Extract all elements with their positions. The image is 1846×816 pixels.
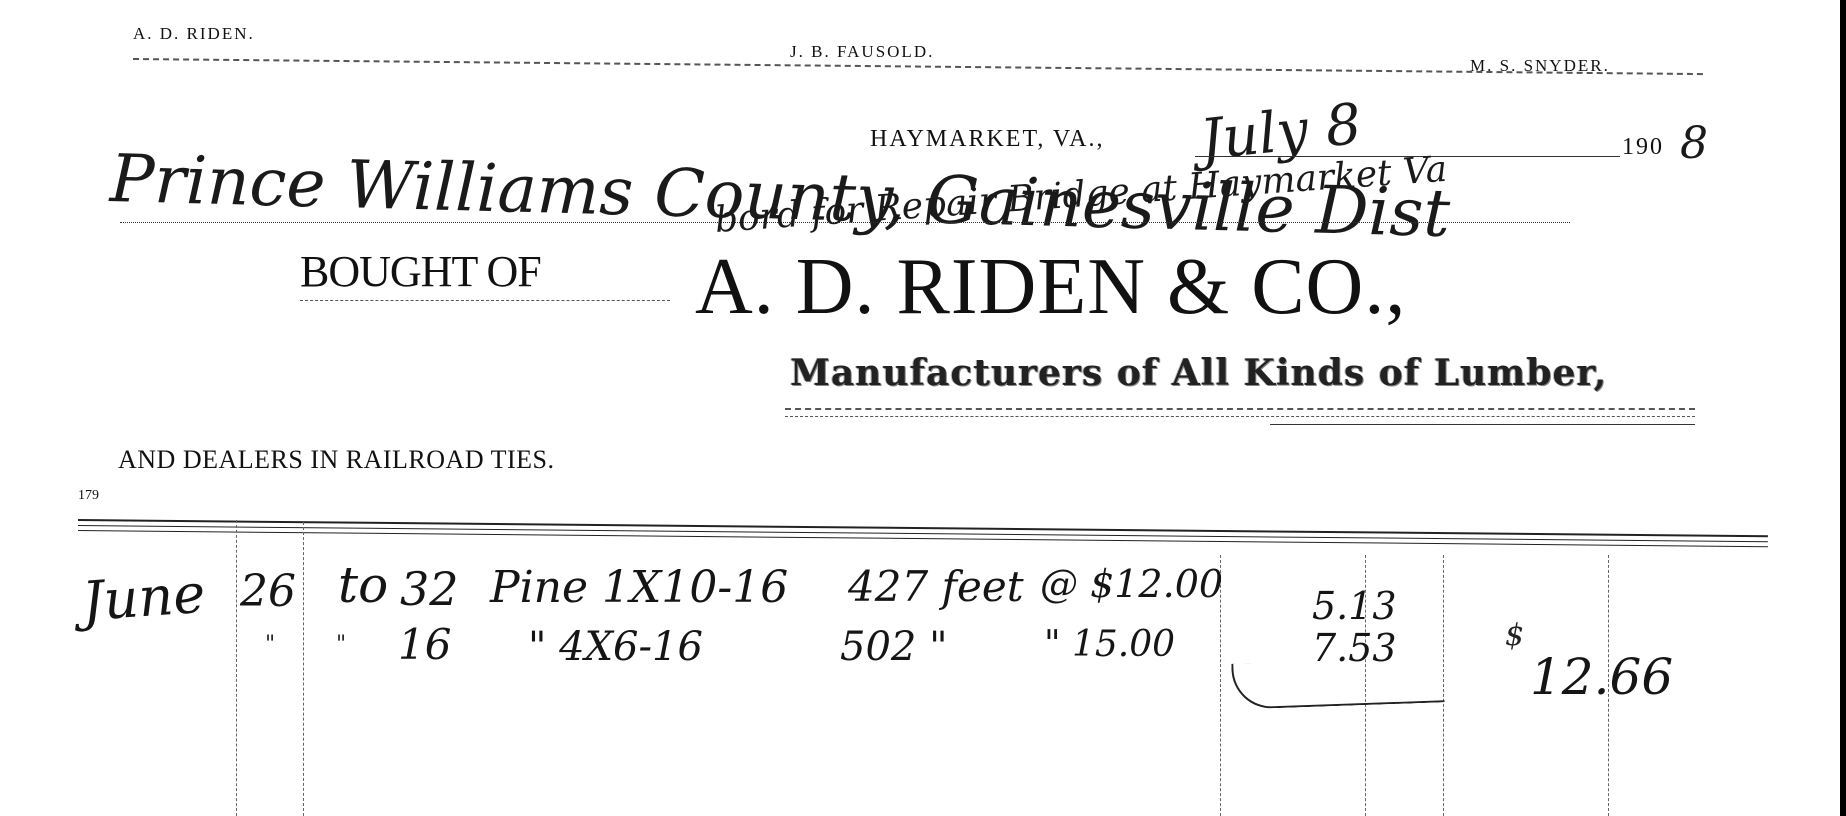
year-printed: 190 — [1622, 134, 1664, 161]
margin-number: 179 — [78, 488, 99, 504]
bought-of-label: BOUGHT OF — [300, 246, 541, 297]
item-1-month: June — [80, 562, 207, 633]
column-line-month — [236, 520, 237, 816]
tagline: Manufacturers of All Kinds of Lumber, — [790, 352, 1607, 394]
tagline-rule-2 — [785, 416, 1695, 417]
item-2-feet: 502 " — [840, 624, 947, 670]
item-2-to-ditto: " — [336, 632, 346, 657]
total-amount: 12.66 — [1530, 648, 1673, 706]
summation-brace — [1231, 656, 1444, 709]
tagline-rule-1 — [785, 408, 1695, 410]
item-1-qty: 32 — [400, 562, 459, 616]
item-1-to: to — [338, 556, 388, 614]
item-2-description: " 4X6-16 — [528, 624, 703, 670]
item-2-qty: 16 — [398, 620, 451, 669]
firm-name: A. D. RIDEN & CO., — [695, 242, 1406, 333]
item-1-extension: 5.13 — [1312, 584, 1397, 628]
scan-edge — [1840, 0, 1846, 816]
total-currency-mark: $ — [1505, 618, 1524, 653]
bought-of-underline — [300, 300, 670, 301]
item-1-day: 26 — [240, 566, 296, 617]
item-2-rate: " 15.00 — [1044, 624, 1175, 665]
partner-name-fausold: J. B. FAUSOLD. — [790, 42, 934, 62]
tagline-rule-3 — [1270, 424, 1695, 425]
column-line-day — [303, 522, 304, 816]
dealers-line: AND DEALERS IN RAILROAD TIES. — [118, 445, 555, 475]
item-1-description: Pine 1X10-16 — [490, 562, 788, 613]
item-1-feet: 427 feet — [848, 562, 1024, 611]
item-2-day-ditto: " — [265, 632, 275, 657]
item-1-rate: @ $12.00 — [1040, 562, 1223, 606]
partner-name-riden: A. D. RIDEN. — [133, 24, 255, 44]
year-handwritten: 8 — [1680, 118, 1708, 169]
place-label: HAYMARKET, VA., — [870, 126, 1104, 153]
